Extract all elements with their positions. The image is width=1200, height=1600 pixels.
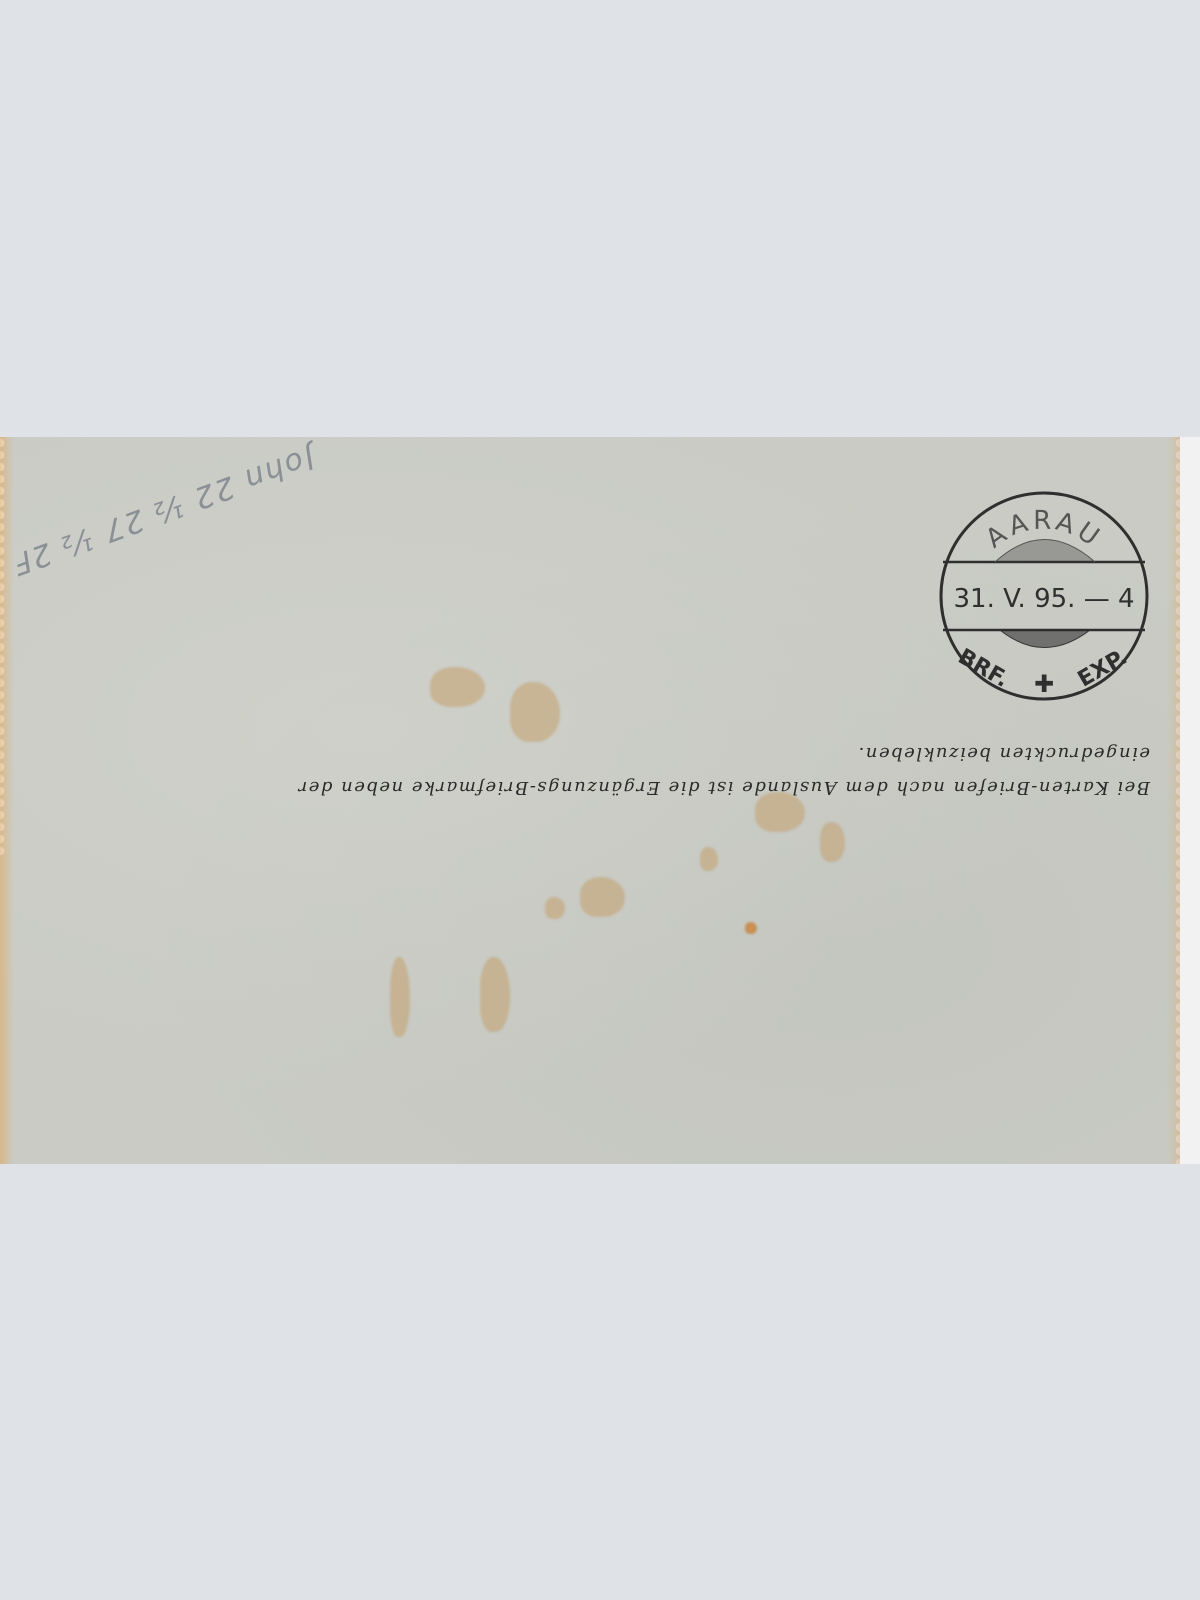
perforation-top xyxy=(0,433,1200,441)
printed-instruction: Bei Karten-Briefen nach dem Auslande ist… xyxy=(150,736,1150,804)
swiss-cross-icon: ✚ xyxy=(1034,670,1054,698)
stain xyxy=(820,822,845,862)
postmark-bottom-right: EXP. xyxy=(1074,645,1132,693)
stain xyxy=(745,922,757,934)
stain xyxy=(390,957,410,1037)
postmark-bottom-left: BRF. xyxy=(954,644,1013,693)
stain xyxy=(510,682,560,742)
card-edge-strip xyxy=(1180,437,1200,1164)
printed-line-1: Bei Karten-Briefen nach dem Auslande ist… xyxy=(150,770,1150,804)
postmark-stamp: AARAU 31. V. 95. — 4 BRF. ✚ EXP. xyxy=(935,487,1153,705)
stain xyxy=(545,897,565,919)
printed-line-2: eingedruckten beizukleben. xyxy=(150,736,1150,770)
stain xyxy=(700,847,718,871)
stain xyxy=(580,877,625,917)
stain xyxy=(430,667,485,707)
stain xyxy=(480,957,510,1032)
postmark-date: 31. V. 95. — 4 xyxy=(954,584,1135,614)
